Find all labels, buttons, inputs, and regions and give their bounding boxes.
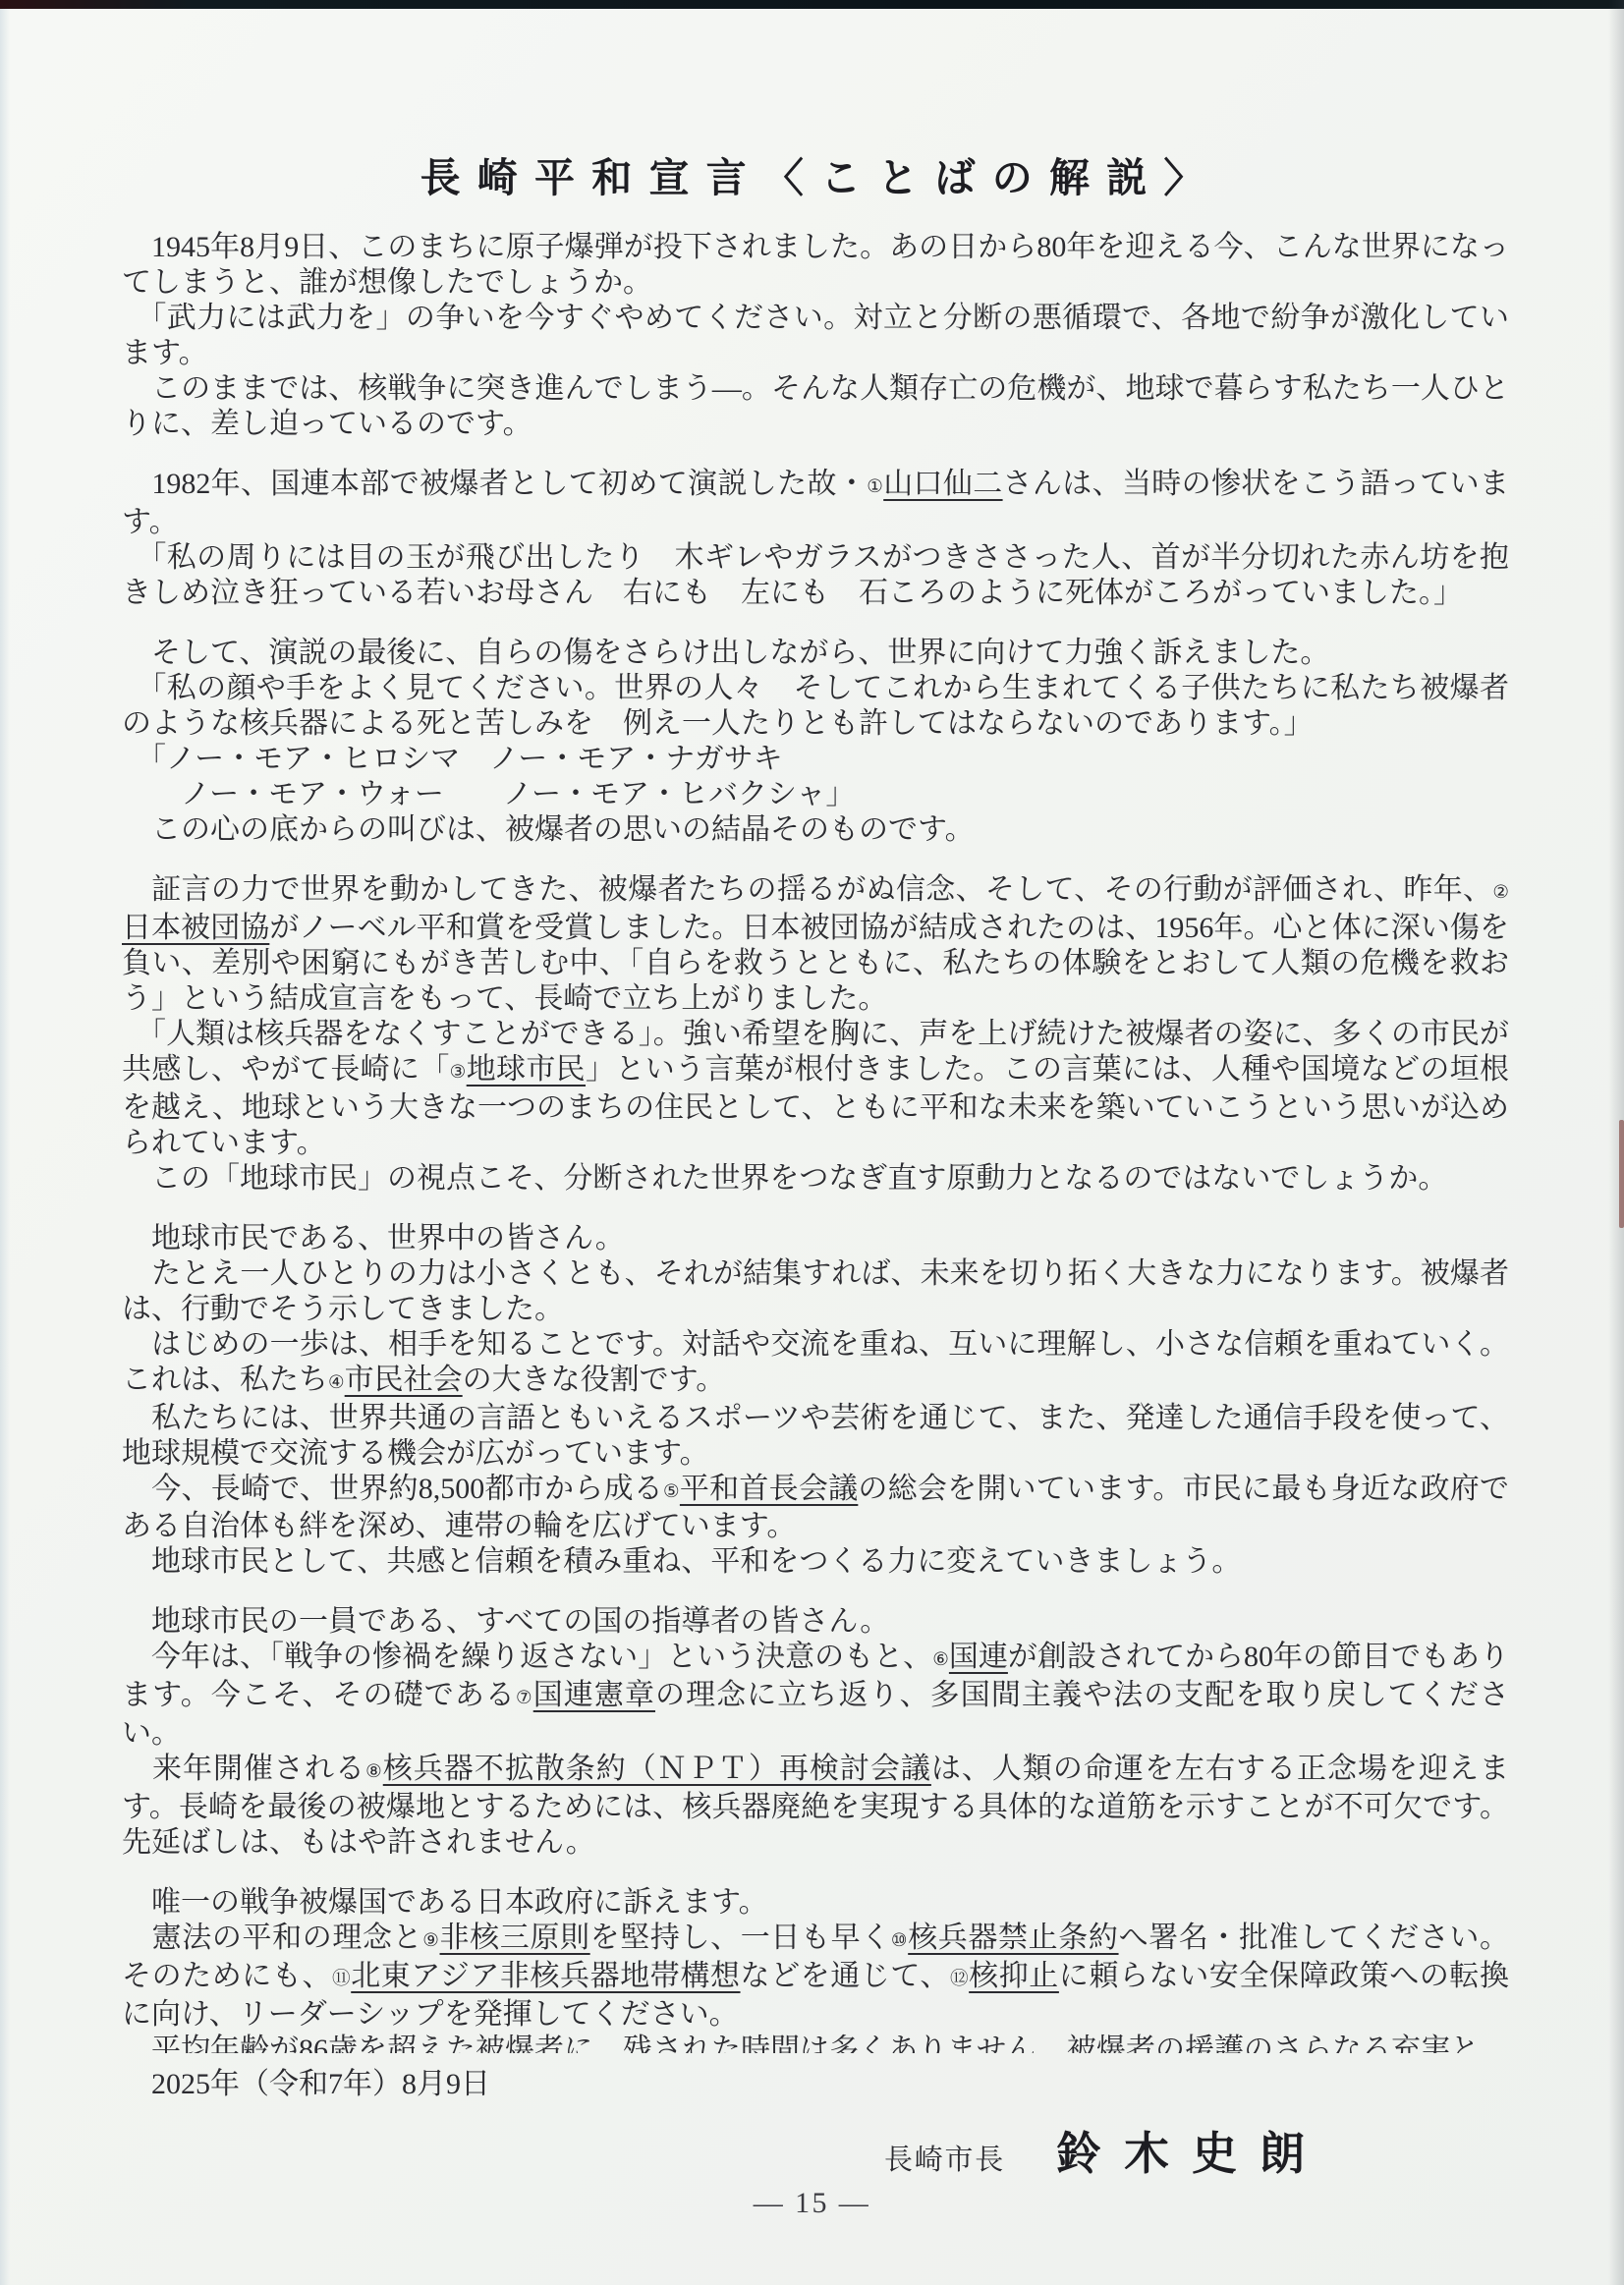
paragraph: 平均年齢が86歳を超えた被爆者に、残された時間は多くありません。被爆者の援護のさ… (122, 2033, 1509, 2053)
glossary-term: 核抑止 (969, 1960, 1059, 1992)
paragraph: 地球市民の一員である、すべての国の指導者の皆さん。 (122, 1604, 1509, 1640)
paragraph: 今、長崎で、世界約8,500都市から成る⑤平和首長会議の総会を開いています。市民… (122, 1472, 1509, 1545)
glossary-reference: ②日本被団協 (122, 873, 1509, 944)
glossary-term: 国連憲章 (533, 1679, 655, 1711)
paragraph: このままでは、核戦争に突き進んでしまう―。そんな人類存亡の危機が、地球で暮らす私… (122, 371, 1509, 442)
glossary-term: 地球市民 (467, 1053, 586, 1086)
paragraph: 今年は、「戦争の惨禍を繰り返さない」という決意のもと、⑥国連が創設されてから80… (122, 1640, 1509, 1752)
paragraph: 「ノー・モア・ヒロシマ ノー・モア・ナガサキ (122, 742, 1509, 777)
paragraph: 地球市民である、世界中の皆さん。 (122, 1221, 1509, 1256)
circled-number-marker: ① (867, 476, 883, 497)
circled-number-marker: ② (1492, 882, 1509, 903)
signer-name: 鈴木史朗 (1056, 2118, 1327, 2183)
paragraph-block: 地球市民である、世界中の皆さん。 たとえ一人ひとりの力は小さくとも、それが結集す… (122, 1221, 1509, 1581)
glossary-reference: ⑫核抑止 (950, 1960, 1059, 1992)
closing-section: 2025年（令和7年）8月9日 長崎市長 鈴木史朗 (122, 2059, 1502, 2183)
paragraph-block: 1982年、国連本部で被爆者として初めて演説した故・①山口仙二さんは、当時の惨状… (122, 467, 1509, 611)
page-number: — 15 — (0, 2187, 1624, 2220)
circled-number-marker: ③ (450, 1062, 467, 1083)
circled-number-marker: ⑧ (365, 1761, 383, 1782)
circled-number-marker: ⑦ (516, 1688, 533, 1708)
glossary-term: 平和首長会議 (680, 1473, 858, 1505)
paragraph: 唯一の戦争被爆国である日本政府に訴えます。 (122, 1885, 1509, 1921)
paragraph: 憲法の平和の理念と⑨非核三原則を堅持し、一日も早く⑩核兵器禁止条約へ署名・批准し… (122, 1921, 1509, 2033)
circled-number-marker: ⑩ (891, 1930, 908, 1951)
paragraph-block: 1945年8月9日、このまちに原子爆弾が投下されました。あの日から80年を迎える… (122, 230, 1509, 442)
signature-row: 長崎市長 鈴木史朗 (122, 2118, 1502, 2183)
circled-number-marker: ⑫ (950, 1969, 969, 1989)
scan-edge-top (0, 0, 1624, 9)
paragraph: ノー・モア・ウォー ノー・モア・ヒバクシャ」 (122, 777, 1509, 812)
paragraph: 証言の力で世界を動かしてきた、被爆者たちの揺るがぬ信念、そして、その行動が評価さ… (122, 872, 1509, 1017)
glossary-term: 国連 (949, 1641, 1008, 1673)
paragraph: 「人類は核兵器をなくすことができる」。強い希望を胸に、声を上げ続けた被爆者の姿に… (122, 1017, 1509, 1161)
glossary-term: 核兵器不拡散条約（ＮＰＴ）再検討会議 (383, 1753, 931, 1785)
glossary-reference: ①山口仙二 (867, 468, 1002, 500)
paragraph: たとえ一人ひとりの力は小さくとも、それが結集すれば、未来を切り拓く大きな力になり… (122, 1256, 1509, 1327)
paragraph-block: 地球市民の一員である、すべての国の指導者の皆さん。 今年は、「戦争の惨禍を繰り返… (122, 1604, 1509, 1861)
paragraph: 1945年8月9日、このまちに原子爆弾が投下されました。あの日から80年を迎える… (122, 230, 1509, 301)
glossary-reference: ⑨非核三原則 (422, 1922, 589, 1954)
declaration-date: 2025年（令和7年）8月9日 (122, 2059, 1502, 2102)
glossary-term: 北東アジア非核兵器地帯構想 (351, 1960, 740, 1992)
glossary-reference: ④市民社会 (328, 1364, 463, 1396)
glossary-term: 非核三原則 (440, 1922, 590, 1954)
paragraph: 私たちには、世界共通の言語ともいえるスポーツや芸術を通じて、また、発達した通信手… (122, 1401, 1509, 1472)
circled-number-marker: ⑨ (422, 1930, 439, 1951)
glossary-reference: ⑩核兵器禁止条約 (891, 1922, 1119, 1954)
paragraph: 「私の周りには目の玉が飛び出したり 木ギレやガラスがつきささった人、首が半分切れ… (122, 540, 1509, 611)
glossary-term: 日本被団協 (122, 912, 269, 944)
glossary-term: 山口仙二 (883, 468, 1002, 500)
glossary-reference: ⑪北東アジア非核兵器地帯構想 (332, 1960, 740, 1992)
paragraph: 来年開催される⑧核兵器不拡散条約（ＮＰＴ）再検討会議は、人類の命運を左右する正念… (122, 1752, 1509, 1861)
circled-number-marker: ⑤ (663, 1480, 680, 1501)
scanned-document-page: 長崎平和宣言〈ことばの解説〉 1945年8月9日、このまちに原子爆弾が投下されま… (0, 0, 1624, 2285)
paragraph: はじめの一歩は、相手を知ることです。対話や交流を重ね、互いに理解し、小さな信頼を… (122, 1327, 1509, 1401)
glossary-term: 市民社会 (345, 1364, 463, 1396)
paragraph: 「武力には武力を」の争いを今すぐやめてください。対立と分断の悪循環で、各地で紛争… (122, 301, 1509, 371)
circled-number-marker: ⑥ (932, 1649, 949, 1670)
paragraph: この「地球市民」の視点こそ、分断された世界をつなぎ直す原動力となるのではないでし… (122, 1161, 1509, 1197)
circled-number-marker: ⑪ (332, 1969, 351, 1989)
paragraph: そして、演説の最後に、自らの傷をさらけ出しながら、世界に向けて力強く訴えました。 (122, 636, 1509, 671)
paragraph: 「私の顔や手をよく見てください。世界の人々 そしてこれから生まれてくる子供たちに… (122, 671, 1509, 742)
paragraph: 地球市民として、共感と信頼を積み重ね、平和をつくる力に変えていきましょう。 (122, 1544, 1509, 1580)
paragraph-block: そして、演説の最後に、自らの傷をさらけ出しながら、世界に向けて力強く訴えました。… (122, 636, 1509, 848)
paragraph: 1982年、国連本部で被爆者として初めて演説した故・①山口仙二さんは、当時の惨状… (122, 467, 1509, 540)
signer-role: 長崎市長 (884, 2138, 1005, 2178)
glossary-reference: ③地球市民 (450, 1053, 586, 1086)
circled-number-marker: ④ (328, 1372, 345, 1393)
paragraph: この心の底からの叫びは、被爆者の思いの結晶そのものです。 (122, 812, 1509, 848)
document-body: 1945年8月9日、このまちに原子爆弾が投下されました。あの日から80年を迎える… (122, 230, 1509, 2053)
glossary-reference: ⑧核兵器不拡散条約（ＮＰＴ）再検討会議 (365, 1753, 931, 1785)
document-title: 長崎平和宣言〈ことばの解説〉 (0, 145, 1624, 203)
glossary-reference: ⑤平和首長会議 (663, 1473, 858, 1505)
paragraph-block: 唯一の戦争被爆国である日本政府に訴えます。 憲法の平和の理念と⑨非核三原則を堅持… (122, 1885, 1509, 2053)
glossary-reference: ⑦国連憲章 (516, 1679, 655, 1711)
paragraph-block: 証言の力で世界を動かしてきた、被爆者たちの揺るがぬ信念、そして、その行動が評価さ… (122, 872, 1509, 1197)
scan-artifact (1619, 1120, 1624, 1228)
glossary-term: 核兵器禁止条約 (908, 1922, 1118, 1954)
glossary-reference: ⑥国連 (932, 1641, 1008, 1673)
